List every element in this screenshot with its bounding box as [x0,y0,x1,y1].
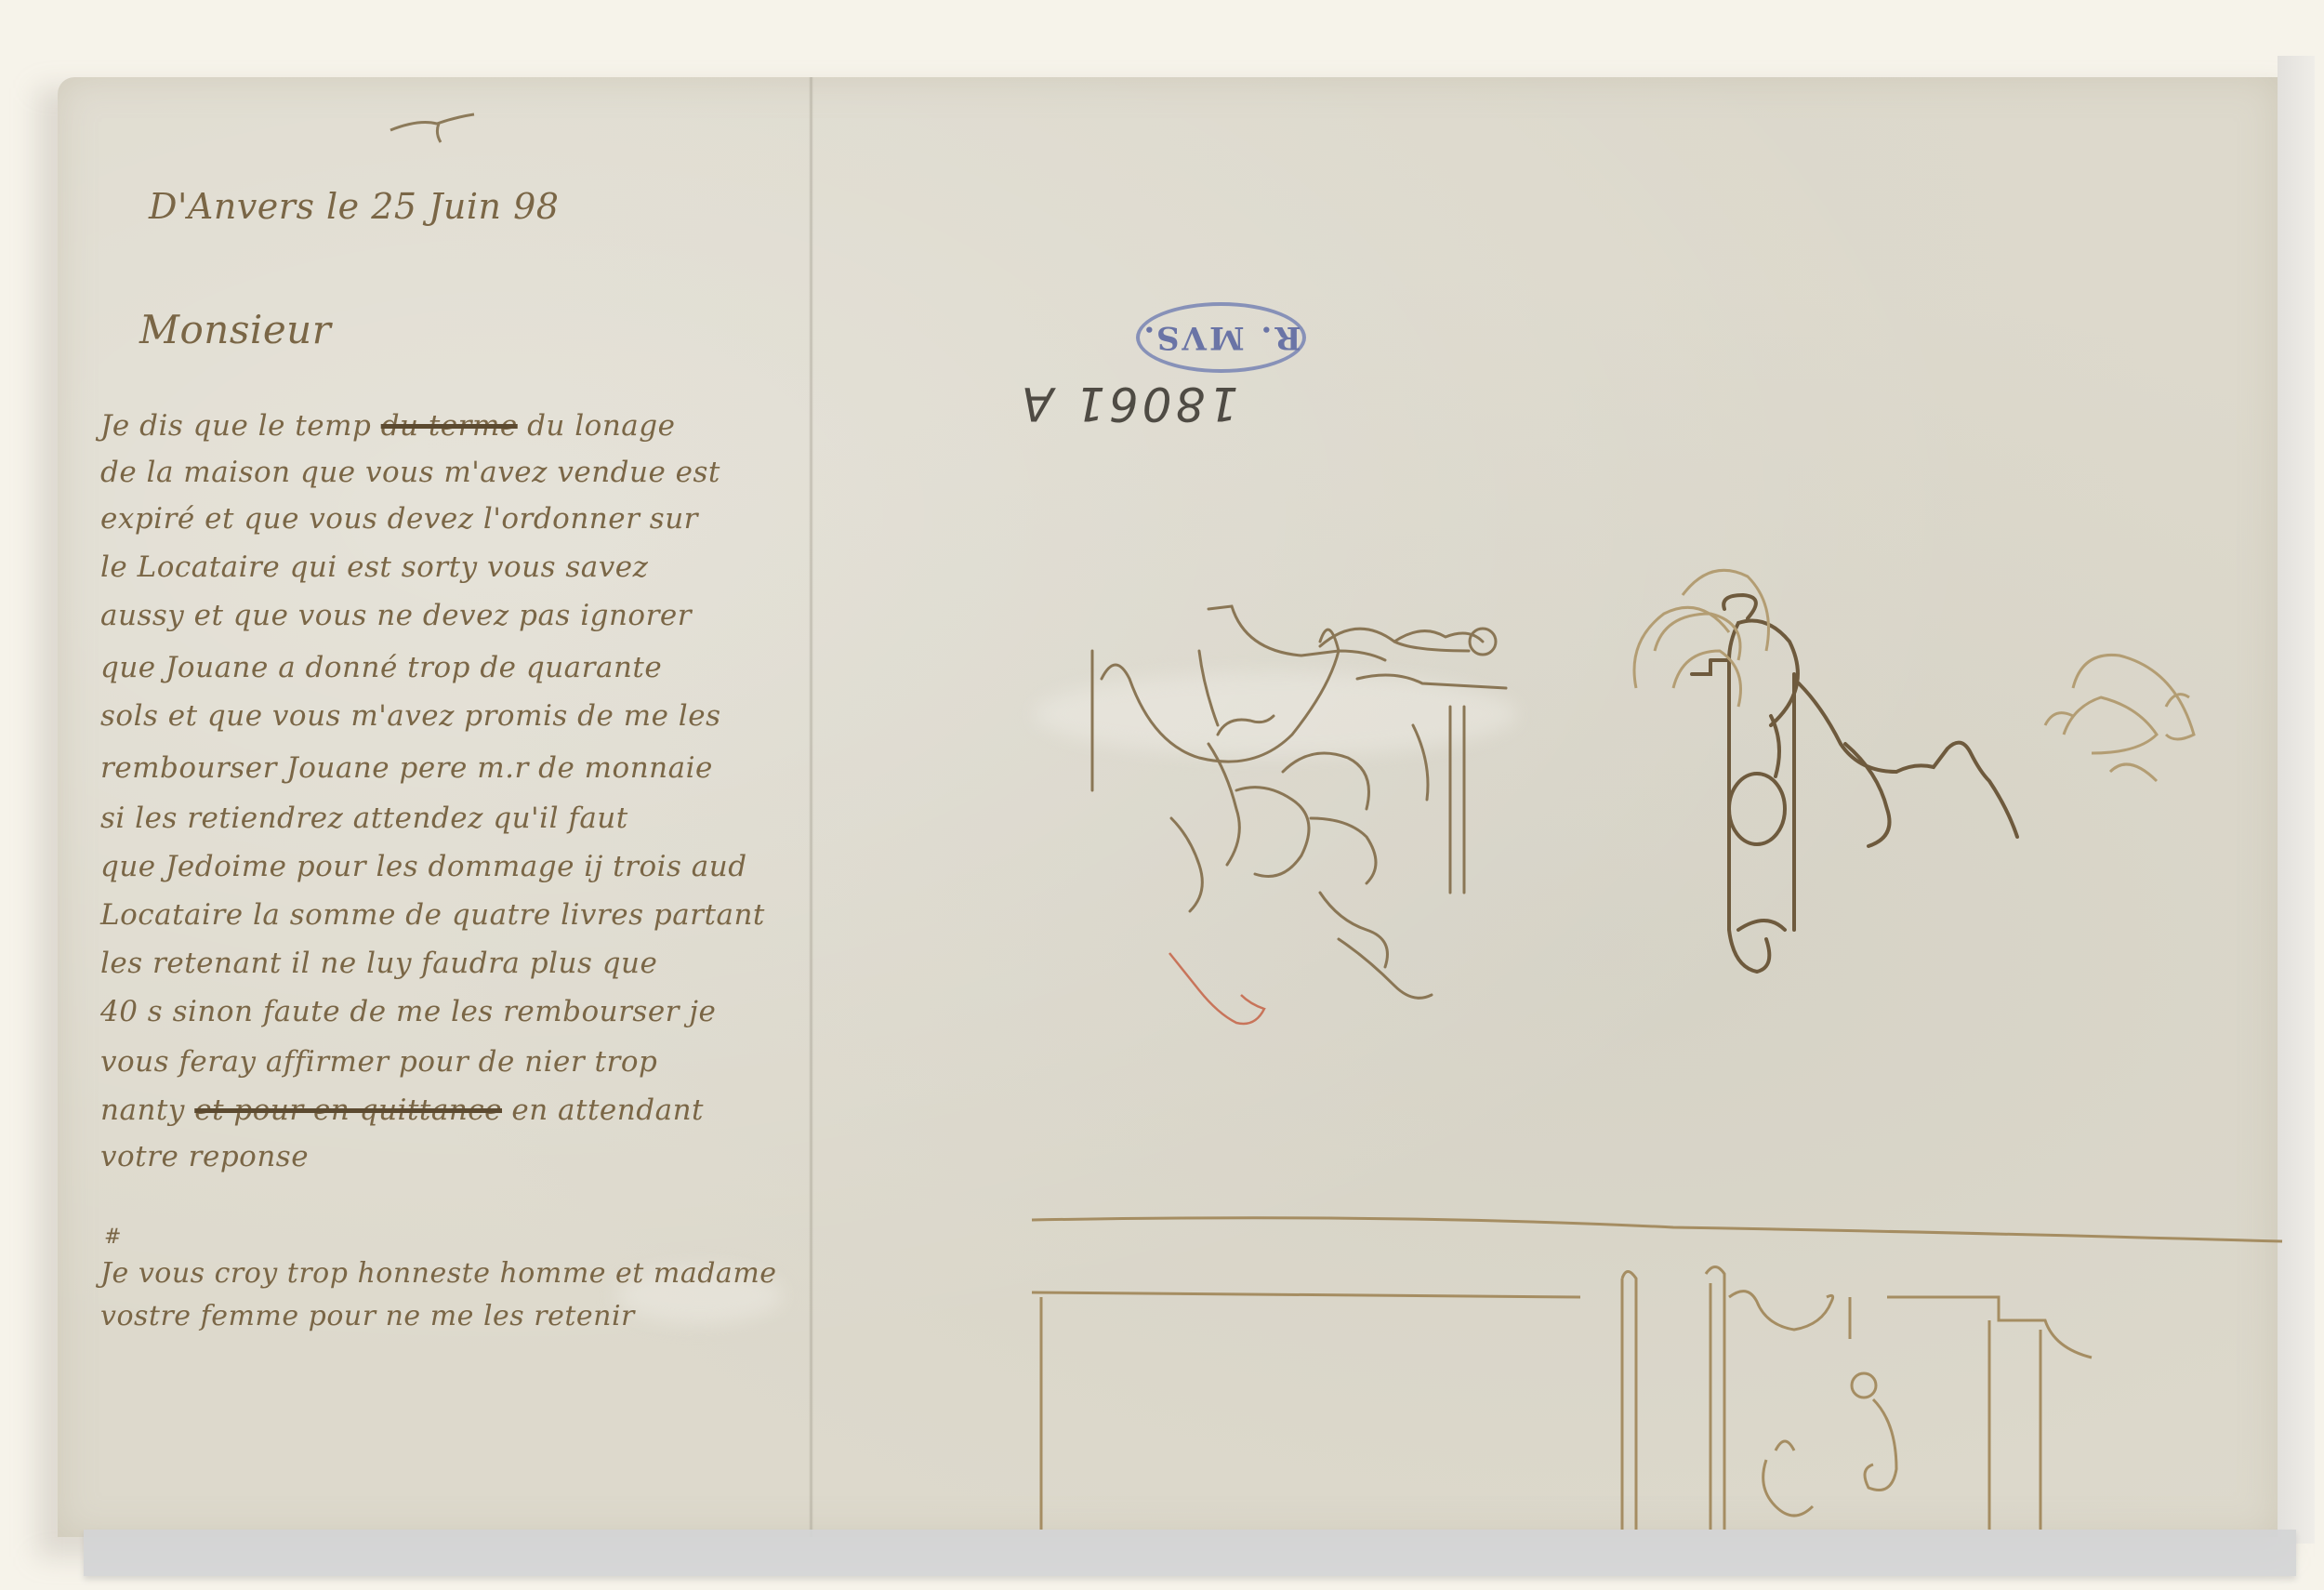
water-stain [1034,672,1517,756]
letter-line: vous feray affirmer pour de nier trop [100,1045,657,1079]
struck-text: et pour en quittance [194,1093,502,1127]
letter-line: Je dis que le temp du terme du lonage [100,409,675,443]
struck-text: du terme [381,409,518,443]
letter-line: 40 s sinon faute de me les rembourser je [100,995,716,1028]
letter-line: sols et que vous m'avez promis de me les [100,699,720,733]
letter-line: de la maison que vous m'avez vendue est [100,456,720,489]
letter-line: expiré et que vous devez l'ordonner sur [100,502,698,536]
letter-line: les retenant il ne luy faudra plus que [100,947,657,980]
collection-stamp: R. MVS. [1136,302,1306,373]
mounting-hinge-strip [84,1530,2296,1576]
letter-line: que Jedoime pour les dommage ij trois au… [100,850,747,883]
postscript-line: vostre femme pour ne me les retenir [100,1300,635,1332]
inventory-number: 18061 A [1018,377,1238,431]
fold-line [809,77,813,1537]
letter-line: le Locataire qui est sorty vous savez [100,550,648,584]
stray-ink-mark [381,91,493,147]
letter-line: rembourser Jouane pere m.r de monnaie [100,751,713,785]
letter-line: si les retiendrez attendez qu'il faut [100,802,628,835]
letter-line: votre reponse [100,1140,309,1173]
letter-line: aussy et que vous ne devez pas ignorer [100,599,692,632]
letter-line: nanty et pour en quittance en attendant [100,1093,704,1127]
mount-edge [2278,56,2315,1544]
postscript-line: Je vous croy trop honneste homme et mada… [100,1257,777,1290]
letter-dateline: D'Anvers le 25 Juin 98 [149,186,559,227]
letter-line: que Jouane a donné trop de quarante [100,651,662,684]
postscript-mark: # [104,1226,122,1249]
letter-salutation: Monsieur [139,307,331,352]
letter-line: Locataire la somme de quatre livres part… [100,898,765,932]
